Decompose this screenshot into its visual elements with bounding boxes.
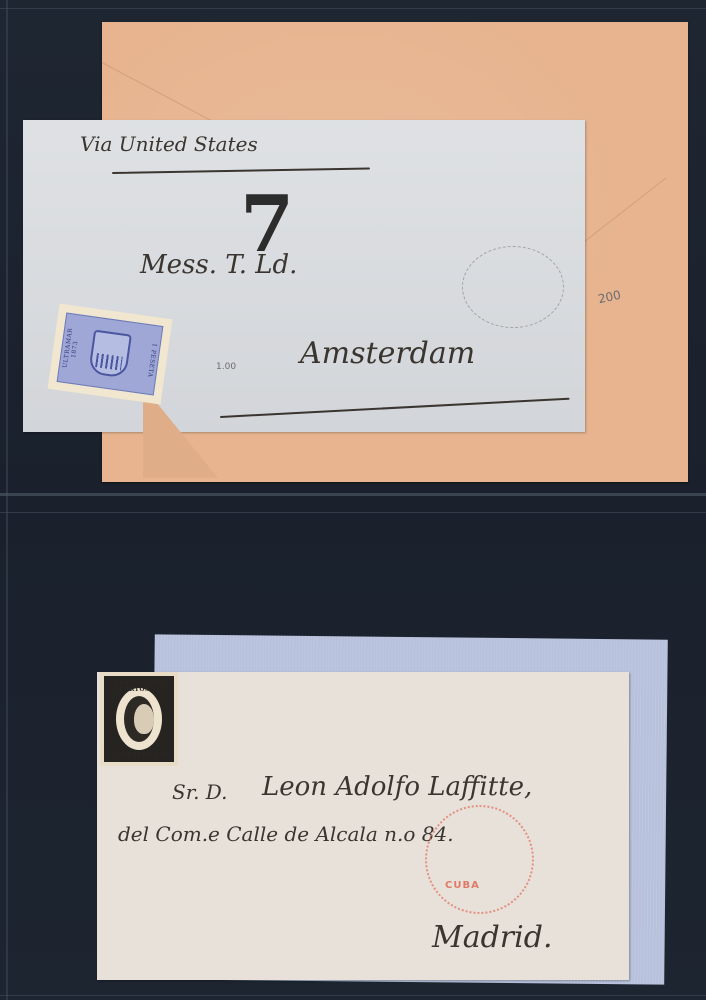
pencil-price-letter: 1.00 xyxy=(216,362,236,372)
stamp-bottom-text: CORREOS 1851 xyxy=(116,752,173,759)
salutation: Sr. D. xyxy=(172,780,227,804)
red-cds-postmark xyxy=(425,805,534,914)
stamp-frame: FRANCO SEIS CUARTOS CORREOS 1851 xyxy=(104,676,174,762)
transit-postmark xyxy=(462,246,564,328)
postmark-text: CUBA xyxy=(445,880,480,891)
stamp-ultramar-1873: ULTRAMAR 1873 1 PESETA xyxy=(50,306,170,403)
album-page-edge xyxy=(6,0,8,1000)
addressee-name: Mess. T. Ld. xyxy=(140,250,297,280)
coat-of-arms-icon xyxy=(88,330,132,379)
destination-city: Amsterdam xyxy=(300,336,475,371)
address-line: del Com.e Calle de Alcala n.o 84. xyxy=(118,822,454,846)
stamp-left-text: ULTRAMAR 1873 xyxy=(60,318,80,379)
stamp-design: ULTRAMAR 1873 1 PESETA xyxy=(57,313,164,396)
destination-city-2: Madrid. xyxy=(432,920,552,955)
mount-strip-middle xyxy=(0,493,706,496)
mount-strip-top xyxy=(0,8,706,9)
addressee-name-2: Leon Adolfo Laffitte, xyxy=(262,772,532,802)
queen-profile-icon xyxy=(134,704,154,734)
stamp-top-text: FRANCO SEIS CUARTOS xyxy=(114,679,174,693)
stamp-right-text: 1 PESETA xyxy=(139,329,159,390)
mount-strip-middle-2 xyxy=(0,512,706,513)
stamp-isabella-1851: FRANCO SEIS CUARTOS CORREOS 1851 xyxy=(100,672,178,766)
routing-endorsement: Via United States xyxy=(80,132,258,156)
mount-strip-bottom xyxy=(0,995,706,996)
